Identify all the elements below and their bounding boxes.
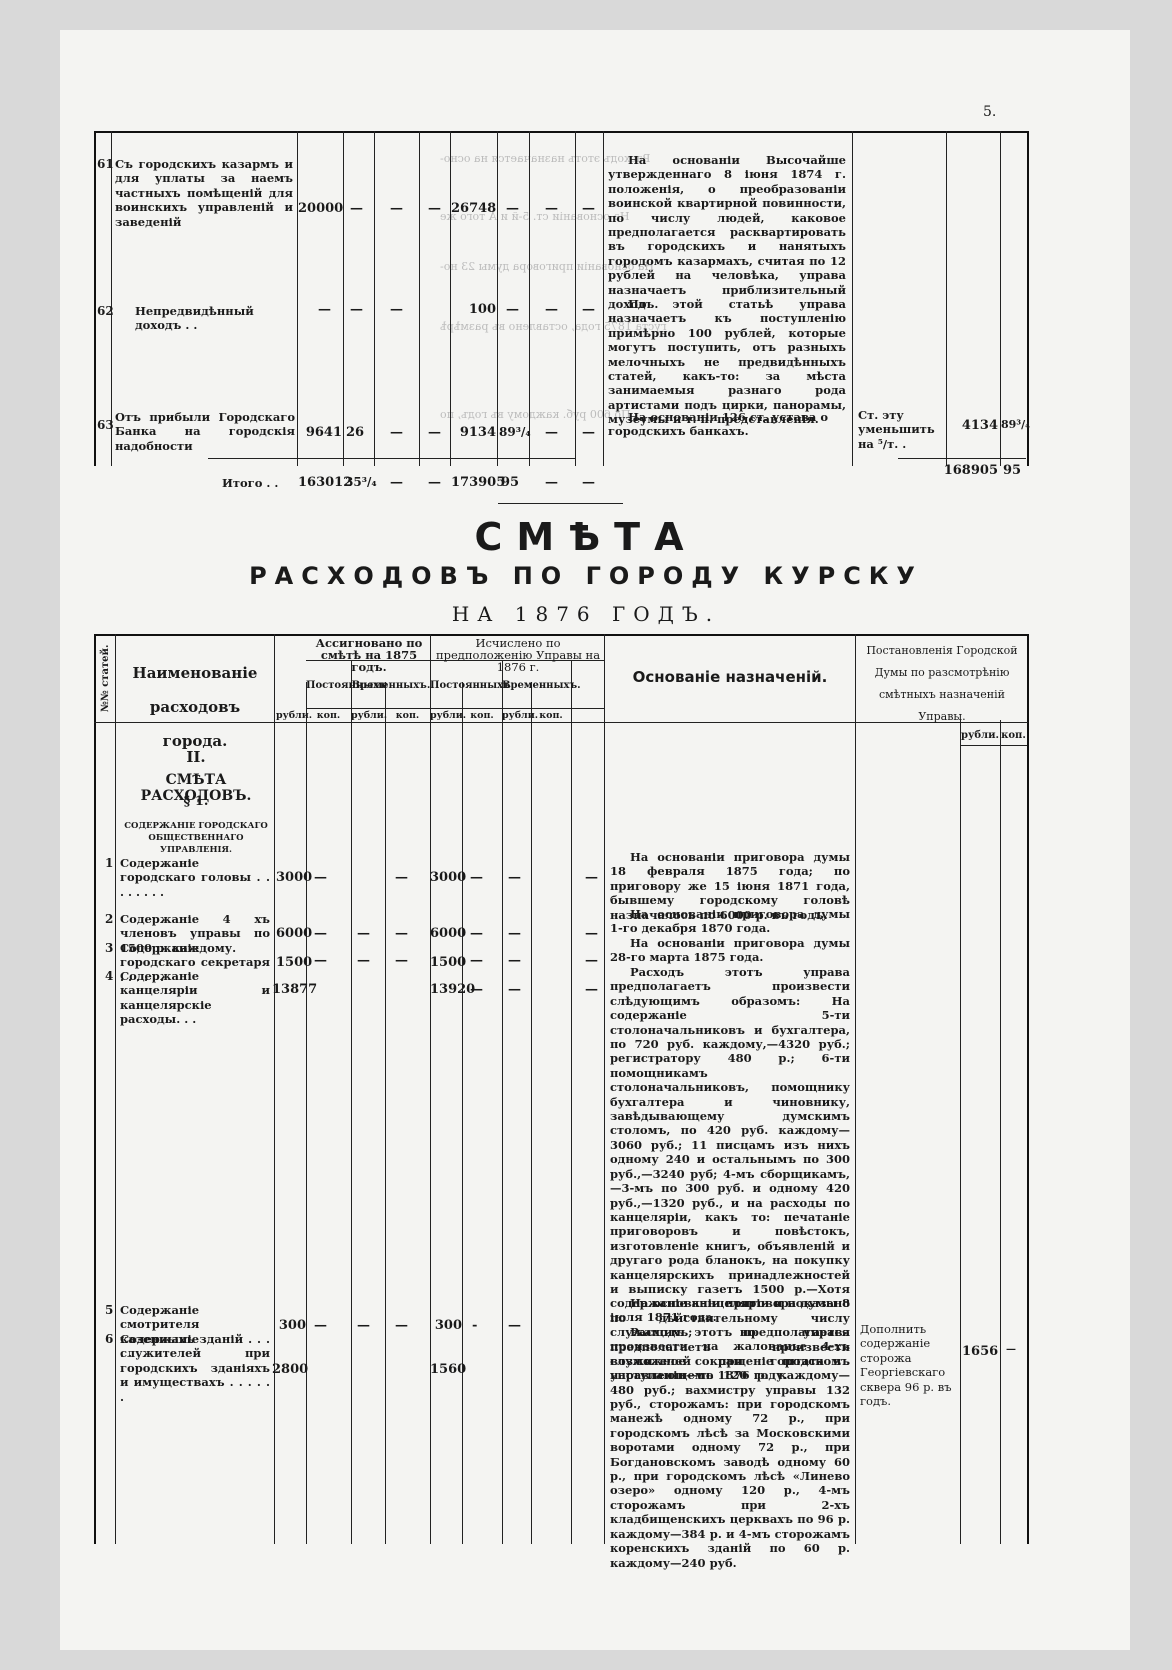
- row-number: 5: [105, 1303, 113, 1317]
- header-kop: коп.: [531, 710, 571, 721]
- total-amount: 95: [501, 475, 519, 490]
- amount-cell: 13877: [272, 982, 306, 997]
- row-name: Содержаніе служителей при городскихъ зда…: [120, 1332, 270, 1404]
- row-name: Съ городскихъ казармъ и для уплаты за на…: [115, 157, 293, 229]
- basis-text: На основаніи Высочайше утвержденнаго 8 і…: [608, 153, 846, 311]
- amount-cell: —: [314, 953, 327, 968]
- total-rule: [298, 458, 575, 459]
- total-amount: —: [390, 475, 403, 490]
- table-border: [1027, 131, 1029, 466]
- col-divider: [111, 131, 112, 466]
- amount-cell: —: [350, 302, 363, 317]
- table-border: [94, 634, 96, 1544]
- col-divider: [385, 682, 386, 1544]
- amount-cell: —: [428, 201, 441, 216]
- amount-cell: 89³/₄: [499, 425, 531, 439]
- basis-text: По этой статьѣ управа назначаетъ къ пост…: [608, 297, 846, 427]
- amount-cell: —: [545, 201, 558, 216]
- amount-cell: —: [545, 302, 558, 317]
- amount-cell: —: [390, 302, 403, 317]
- amount-cell: —: [470, 953, 483, 968]
- row-name: Отъ прибыли Городскаго Банка на городскі…: [115, 410, 295, 453]
- amount-cell: —: [582, 201, 595, 216]
- header-res-kop: коп.: [1000, 730, 1027, 741]
- col-divider: [351, 660, 352, 1544]
- header-num: №№ статей.: [100, 645, 111, 712]
- header-estimated: Исчислено по предположенію Управы на 187…: [432, 637, 604, 673]
- amount-cell: —: [395, 870, 408, 885]
- col-divider: [1000, 720, 1001, 1544]
- amount-cell: 3000: [430, 870, 462, 885]
- total-rule: [208, 458, 298, 459]
- closing-rule: [498, 503, 623, 504]
- basis-text: Расходъ этотъ предполагается произвести …: [610, 1325, 850, 1570]
- amount-cell: —: [585, 982, 598, 997]
- amount-cell: —: [390, 425, 403, 440]
- header-res-rub: рубли.: [960, 730, 1000, 741]
- col-divider: [855, 634, 856, 1544]
- total-resolution: 95: [1003, 463, 1021, 478]
- table-top-rule: [94, 131, 1028, 133]
- header-kop: коп.: [306, 710, 351, 721]
- amount-cell: 1500: [276, 955, 306, 970]
- col-divider: [531, 682, 532, 1544]
- amount-cell: —: [314, 926, 327, 941]
- header-permanent-2: Постоянныхъ: [430, 680, 502, 691]
- header-temporary: Временныхъ.: [351, 680, 431, 691]
- col-divider: [946, 131, 947, 466]
- total-amount: —: [545, 475, 558, 490]
- amount-cell: —: [470, 982, 483, 997]
- amount-cell: —: [470, 870, 483, 885]
- header-rub: рубли.: [351, 710, 385, 721]
- resolution-amount: 89³/₄: [1001, 418, 1030, 431]
- resolution-text: Дополнить содержаніе сторожа Георгіевска…: [860, 1322, 956, 1408]
- basis-text: На основаніи приговора думы 8 іюля 1871 …: [610, 1296, 850, 1325]
- section-paragraph: § 1.: [118, 794, 274, 809]
- amount-cell: —: [428, 425, 441, 440]
- col-divider: [343, 131, 344, 466]
- total-amount: —: [428, 475, 441, 490]
- header-rule: [306, 708, 604, 709]
- row-name: Содержаніе канцеляріи и канцелярскіе рас…: [120, 969, 270, 1027]
- amount-cell: —: [390, 201, 403, 216]
- amount-cell: 100: [451, 302, 496, 317]
- amount-cell: 6000: [276, 926, 306, 941]
- header-rub: рубли.: [502, 710, 531, 721]
- resolution-amount: —: [1006, 1344, 1016, 1355]
- col-divider: [374, 131, 375, 466]
- resolution-amount: 4134: [948, 418, 998, 433]
- table-top-rule: [94, 634, 1028, 636]
- amount-cell: 1560: [430, 1362, 462, 1377]
- amount-cell: 3000: [276, 870, 306, 885]
- amount-cell: —: [506, 201, 519, 216]
- header-permanent: Постоянныхъ: [306, 680, 352, 691]
- col-divider: [575, 131, 576, 466]
- amount-cell: —: [357, 1318, 370, 1333]
- resolution-text: Ст. эту уменьшить на ⁵/т. .: [858, 408, 944, 451]
- row-number: 3: [105, 941, 113, 955]
- amount-cell: —: [585, 926, 598, 941]
- resolution-amount: 1656: [962, 1344, 998, 1359]
- amount-cell: —: [585, 870, 598, 885]
- col-divider: [529, 131, 530, 466]
- amount-cell: 20000: [298, 201, 342, 216]
- total-amount: —: [582, 475, 595, 490]
- amount-cell: 1500: [430, 955, 462, 970]
- header-basis: Основаніе назначеній.: [610, 668, 850, 686]
- amount-cell: —: [318, 302, 331, 317]
- amount-cell: —: [314, 1318, 327, 1333]
- amount-cell: —: [508, 982, 521, 997]
- total-amount: 35³/₄: [345, 475, 377, 489]
- col-divider: [115, 634, 116, 1544]
- amount-cell: —: [508, 926, 521, 941]
- col-divider: [430, 634, 431, 1544]
- row-number: 6: [105, 1332, 113, 1346]
- col-divider: [502, 660, 503, 1544]
- total-rule: [898, 458, 1026, 459]
- amount-cell: —: [508, 953, 521, 968]
- header-temporary-2: Временныхъ.: [502, 680, 572, 691]
- amount-cell: 300: [430, 1318, 462, 1333]
- amount-cell: —: [470, 926, 483, 941]
- amount-cell: —: [395, 1318, 408, 1333]
- amount-cell: 26748: [451, 201, 496, 216]
- col-divider: [1000, 131, 1001, 466]
- header-rub: рубли.: [430, 710, 462, 721]
- total-amount: 163012: [298, 475, 342, 490]
- col-divider: [497, 131, 498, 466]
- page-number: 5.: [983, 104, 996, 120]
- amount-cell: 13920: [430, 982, 462, 997]
- total-label: Итого . .: [222, 476, 278, 490]
- col-divider: [419, 131, 420, 466]
- amount-cell: —: [585, 953, 598, 968]
- document-subtitle: РАСХОДОВЪ ПО ГОРОДУ КУРСКУ: [0, 562, 1172, 590]
- header-assigned: Ассигновано по смѣтѣ на 1875 годъ.: [308, 637, 430, 673]
- amount-cell: —: [582, 302, 595, 317]
- amount-cell: —: [395, 926, 408, 941]
- row-number: 1: [105, 856, 113, 870]
- header-kop: коп.: [385, 710, 430, 721]
- document-title: СМѢТА: [0, 515, 1172, 559]
- amount-cell: 26: [346, 425, 364, 440]
- table-border: [94, 131, 96, 466]
- col-divider: [603, 131, 604, 466]
- amount-cell: —: [582, 425, 595, 440]
- amount-cell: 6000: [430, 926, 462, 941]
- amount-cell: —: [508, 870, 521, 885]
- col-divider: [274, 634, 275, 1544]
- row-name: Непредвидѣнный доходъ . .: [135, 304, 295, 333]
- basis-text: На основаніи приговора думы 28-го марта …: [610, 936, 850, 965]
- col-divider: [571, 660, 572, 1544]
- col-divider: [852, 131, 853, 466]
- amount-cell: —: [508, 1318, 521, 1333]
- col-divider: [450, 131, 451, 466]
- total-resolution: 168905: [920, 463, 998, 478]
- amount-cell: —: [314, 870, 327, 885]
- amount-cell: —: [545, 425, 558, 440]
- amount-cell: 2800: [272, 1362, 306, 1377]
- header-kop: коп.: [462, 710, 502, 721]
- col-divider: [297, 131, 298, 466]
- header-name: Наименованіе расходовъ города.: [120, 656, 270, 758]
- amount-cell: —: [357, 926, 370, 941]
- header-rule: [960, 745, 1027, 746]
- row-number: 62: [97, 304, 114, 318]
- table-border: [1027, 634, 1029, 1544]
- row-number: 4: [105, 969, 113, 983]
- basis-text: На основаніи 126 ст. устава о городскихъ…: [608, 410, 846, 439]
- col-divider: [462, 682, 463, 1544]
- col-divider: [604, 634, 605, 1544]
- col-divider: [306, 682, 307, 1544]
- amount-cell: —: [395, 953, 408, 968]
- row-number: 2: [105, 912, 113, 926]
- amount-cell: —: [350, 201, 363, 216]
- section-roman: II.: [118, 748, 274, 766]
- amount-cell: 300: [276, 1318, 306, 1333]
- col-divider: [960, 720, 961, 1544]
- amount-cell: 9641: [298, 425, 342, 440]
- document-year: НА 1876 ГОДЪ.: [0, 602, 1172, 626]
- row-number: 63: [97, 418, 114, 432]
- amount-cell: -: [472, 1318, 477, 1333]
- amount-cell: —: [506, 302, 519, 317]
- total-amount: 173905: [451, 475, 496, 490]
- amount-cell: —: [357, 953, 370, 968]
- header-rub: рубли.: [276, 710, 306, 721]
- row-name: Содержаніе городскаго головы . . . . . .…: [120, 856, 270, 899]
- amount-cell: 9134: [451, 425, 496, 440]
- row-number: 61: [97, 157, 114, 171]
- header-resolution: Постановленія Городской Думы по разсмотр…: [858, 640, 1026, 728]
- basis-text: На основаніи приговора думы 1-го декабря…: [610, 907, 850, 936]
- section-subtitle: СОДЕРЖАНІЕ ГОРОДСКАГО ОБЩЕСТВЕННАГО УПРА…: [118, 820, 274, 856]
